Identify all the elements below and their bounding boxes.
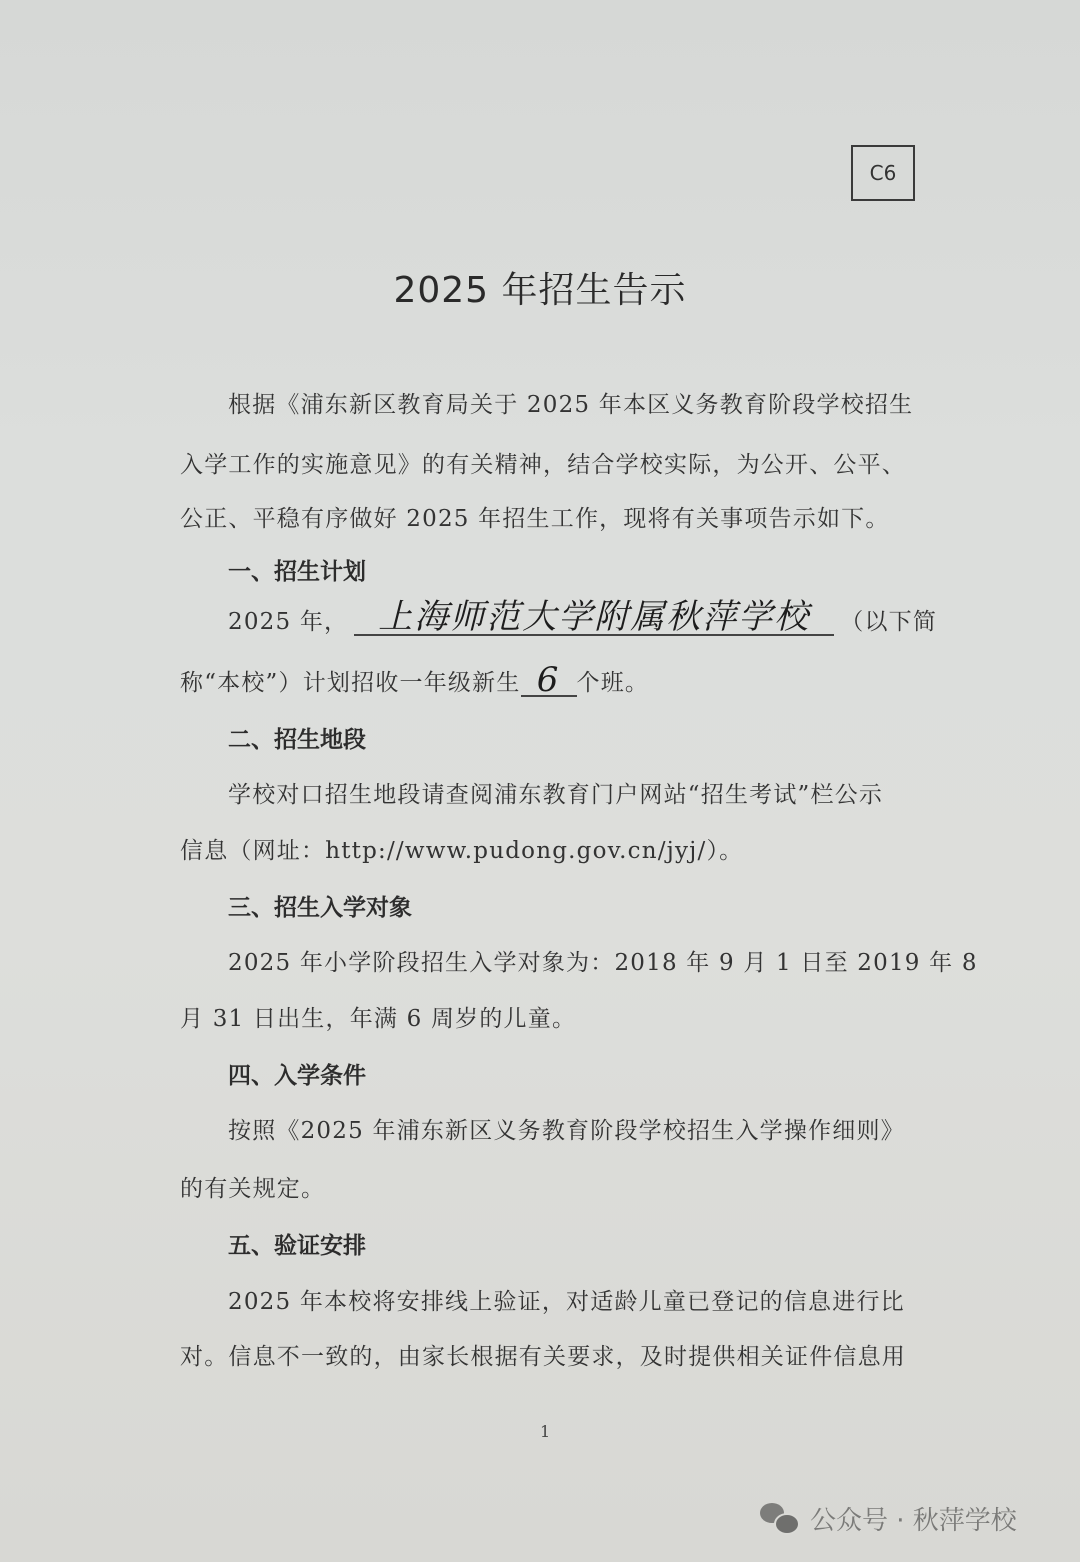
wechat-watermark: 公众号 · 秋萍学校 [760, 1500, 1017, 1537]
enrollment-line2-prefix: 称“本校”）计划招收一年级新生 [180, 670, 521, 696]
watermark-text: 公众号 · 秋萍学校 [810, 1500, 1017, 1537]
section-heading-enrollment-area: 二、招生地段 [228, 721, 366, 754]
intro-line-3: 公正、平稳有序做好 2025 年招生工作，现将有关事项告示如下。 [180, 500, 910, 533]
page-number: 1 [540, 1422, 550, 1441]
section-heading-eligible-children: 三、招生入学对象 [228, 889, 412, 922]
enrollment-line1-suffix: （以下简 [840, 609, 937, 635]
eligible-children-line-1: 2025 年小学阶段招生入学对象为：2018 年 9 月 1 日至 2019 年… [228, 944, 910, 977]
enrollment-area-line-1: 学校对口招生地段请查阅浦东教育门户网站“招生考试”栏公示 [228, 776, 910, 809]
section-heading-enrollment-plan: 一、招生计划 [228, 553, 366, 586]
enrollment-area-line-2: 信息（网址：http://www.pudong.gov.cn/jyj/）。 [180, 832, 910, 865]
eligible-children-line-2: 月 31 日出生，年满 6 周岁的儿童。 [180, 1000, 910, 1033]
enrollment-plan-line-2: 称“本校”）计划招收一年级新生6个班。 [180, 664, 910, 697]
admission-conditions-line-2: 的有关规定。 [180, 1170, 910, 1203]
document-title: 2025 年招生告示 [0, 262, 1080, 313]
enrollment-year-prefix: 2025 年， [228, 609, 348, 635]
admission-conditions-line-1: 按照《2025 年浦东新区义务教育阶段学校招生入学操作细则》 [228, 1112, 910, 1145]
school-name-handwritten: 上海师范大学附属秋萍学校 [354, 600, 834, 636]
enrollment-plan-line-1: 2025 年，上海师范大学附属秋萍学校（以下简 [228, 600, 910, 636]
verification-line-1: 2025 年本校将安排线上验证，对适龄儿童已登记的信息进行比 [228, 1283, 910, 1316]
class-count-handwritten: 6 [521, 665, 577, 697]
section-heading-admission-conditions: 四、入学条件 [228, 1057, 366, 1090]
verification-line-2: 对。信息不一致的，由家长根据有关要求，及时提供相关证件信息用 [180, 1338, 910, 1371]
document-page: C6 2025 年招生告示 根据《浦东新区教育局关于 2025 年本区义务教育阶… [0, 0, 1080, 1562]
section-heading-verification: 五、验证安排 [228, 1227, 366, 1260]
intro-line-1: 根据《浦东新区教育局关于 2025 年本区义务教育阶段学校招生 [228, 386, 910, 419]
intro-line-2: 入学工作的实施意见》的有关精神，结合学校实际，为公开、公平、 [180, 446, 910, 479]
wechat-icon [760, 1503, 800, 1535]
document-code-box: C6 [851, 145, 915, 201]
enrollment-line2-suffix: 个班。 [577, 670, 650, 696]
